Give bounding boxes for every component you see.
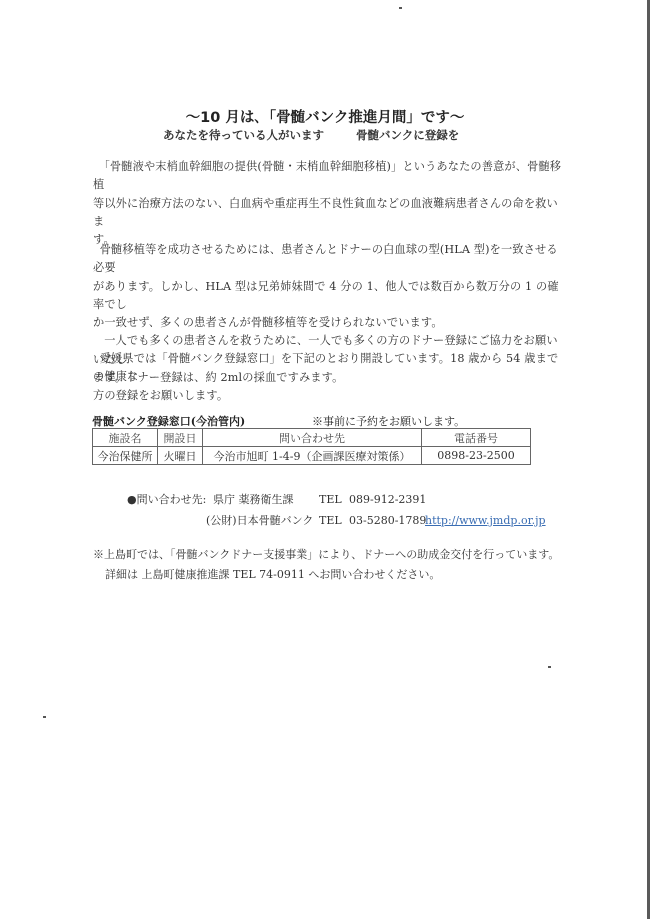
col-phone: 電話番号 xyxy=(422,429,531,447)
cell-contact: 今治市旭町 1-4-9（企画課医療対策係） xyxy=(203,447,422,465)
reservation-note: ※事前に予約をお願いします。 xyxy=(312,413,465,429)
footer-note: ※上島町では、「骨髄バンクドナー支援事業」により、ドナーへの助成金交付を行ってい… xyxy=(93,545,559,585)
paragraph-line: か一致せず、多くの患者さんが骨髄移植等を受けられないでいます。 xyxy=(93,314,563,332)
subtitle-left: あなたを待っている人がいます xyxy=(163,127,324,143)
paragraph-ehime: 愛媛県では「骨髄バンク登録窓口」を下記のとおり開設しています。18 歳から 54… xyxy=(93,350,563,405)
page-title: ～10 月は､「骨髄バンク推進月間」です～ xyxy=(0,106,650,127)
cell-facility: 今治保健所 xyxy=(93,447,158,465)
footer-note-line: ※上島町では、「骨髄バンクドナー支援事業」により、ドナーへの助成金交付を行ってい… xyxy=(93,545,559,565)
registration-title: 骨髄バンク登録窓口(今治管内) xyxy=(92,413,245,429)
table-header-row: 施設名 開設日 問い合わせ先 電話番号 xyxy=(93,429,531,447)
scan-speck xyxy=(399,7,402,9)
contact-org: 県庁 薬務衛生課 xyxy=(213,489,294,510)
footer-note-line: 詳細は 上島町健康推進課 TEL 74-0911 へお問い合わせください。 xyxy=(93,565,559,585)
contact-tel: 03-5280-1789 xyxy=(349,510,426,531)
table-row: 今治保健所 火曜日 今治市旭町 1-4-9（企画課医療対策係） 0898-23-… xyxy=(93,447,531,465)
paragraph-line: 愛媛県では「骨髄バンク登録窓口」を下記のとおり開設しています。18 歳から 54… xyxy=(93,350,563,387)
cell-open-day: 火曜日 xyxy=(158,447,203,465)
paragraph-line: 骨髄移植等を成功させるためには、患者さんとドナーの白血球の型(HLA 型)を一致… xyxy=(93,241,563,278)
cell-phone: 0898-23-2500 xyxy=(422,447,531,465)
col-facility: 施設名 xyxy=(93,429,158,447)
subtitle-right: 骨髄バンクに登録を xyxy=(356,127,459,143)
contact-tel-label: TEL xyxy=(319,489,342,510)
contact-tel-label: TEL xyxy=(319,510,342,531)
jmdp-link[interactable]: http://www.jmdp.or.jp xyxy=(425,510,546,531)
paragraph-line: 等以外に治療方法のない、白血病や重症再生不良性貧血などの血液難病患者さんの命を救… xyxy=(93,195,563,232)
paragraph-line: があります。しかし、HLA 型は兄弟姉妹間で 4 分の 1、他人では数百から数万… xyxy=(93,278,563,315)
col-contact: 問い合わせ先 xyxy=(203,429,422,447)
contact-tel: 089-912-2391 xyxy=(349,489,426,510)
paragraph-line: 方の登録をお願いします。 xyxy=(93,387,563,405)
scan-speck xyxy=(43,716,46,718)
scan-speck xyxy=(548,666,551,668)
paragraph-intro: 「骨髄液や末梢血幹細胞の提供(骨髄・末梢血幹細胞移植)」というあなたの善意が、骨… xyxy=(93,158,563,249)
paragraph-line: 「骨髄液や末梢血幹細胞の提供(骨髄・末梢血幹細胞移植)」というあなたの善意が、骨… xyxy=(93,158,563,195)
col-open-day: 開設日 xyxy=(158,429,203,447)
contact-org: (公財)日本骨髄バンク xyxy=(206,510,313,531)
contacts-label: ●問い合わせ先: xyxy=(127,489,206,510)
registration-table: 施設名 開設日 問い合わせ先 電話番号 今治保健所 火曜日 今治市旭町 1-4-… xyxy=(92,428,531,465)
